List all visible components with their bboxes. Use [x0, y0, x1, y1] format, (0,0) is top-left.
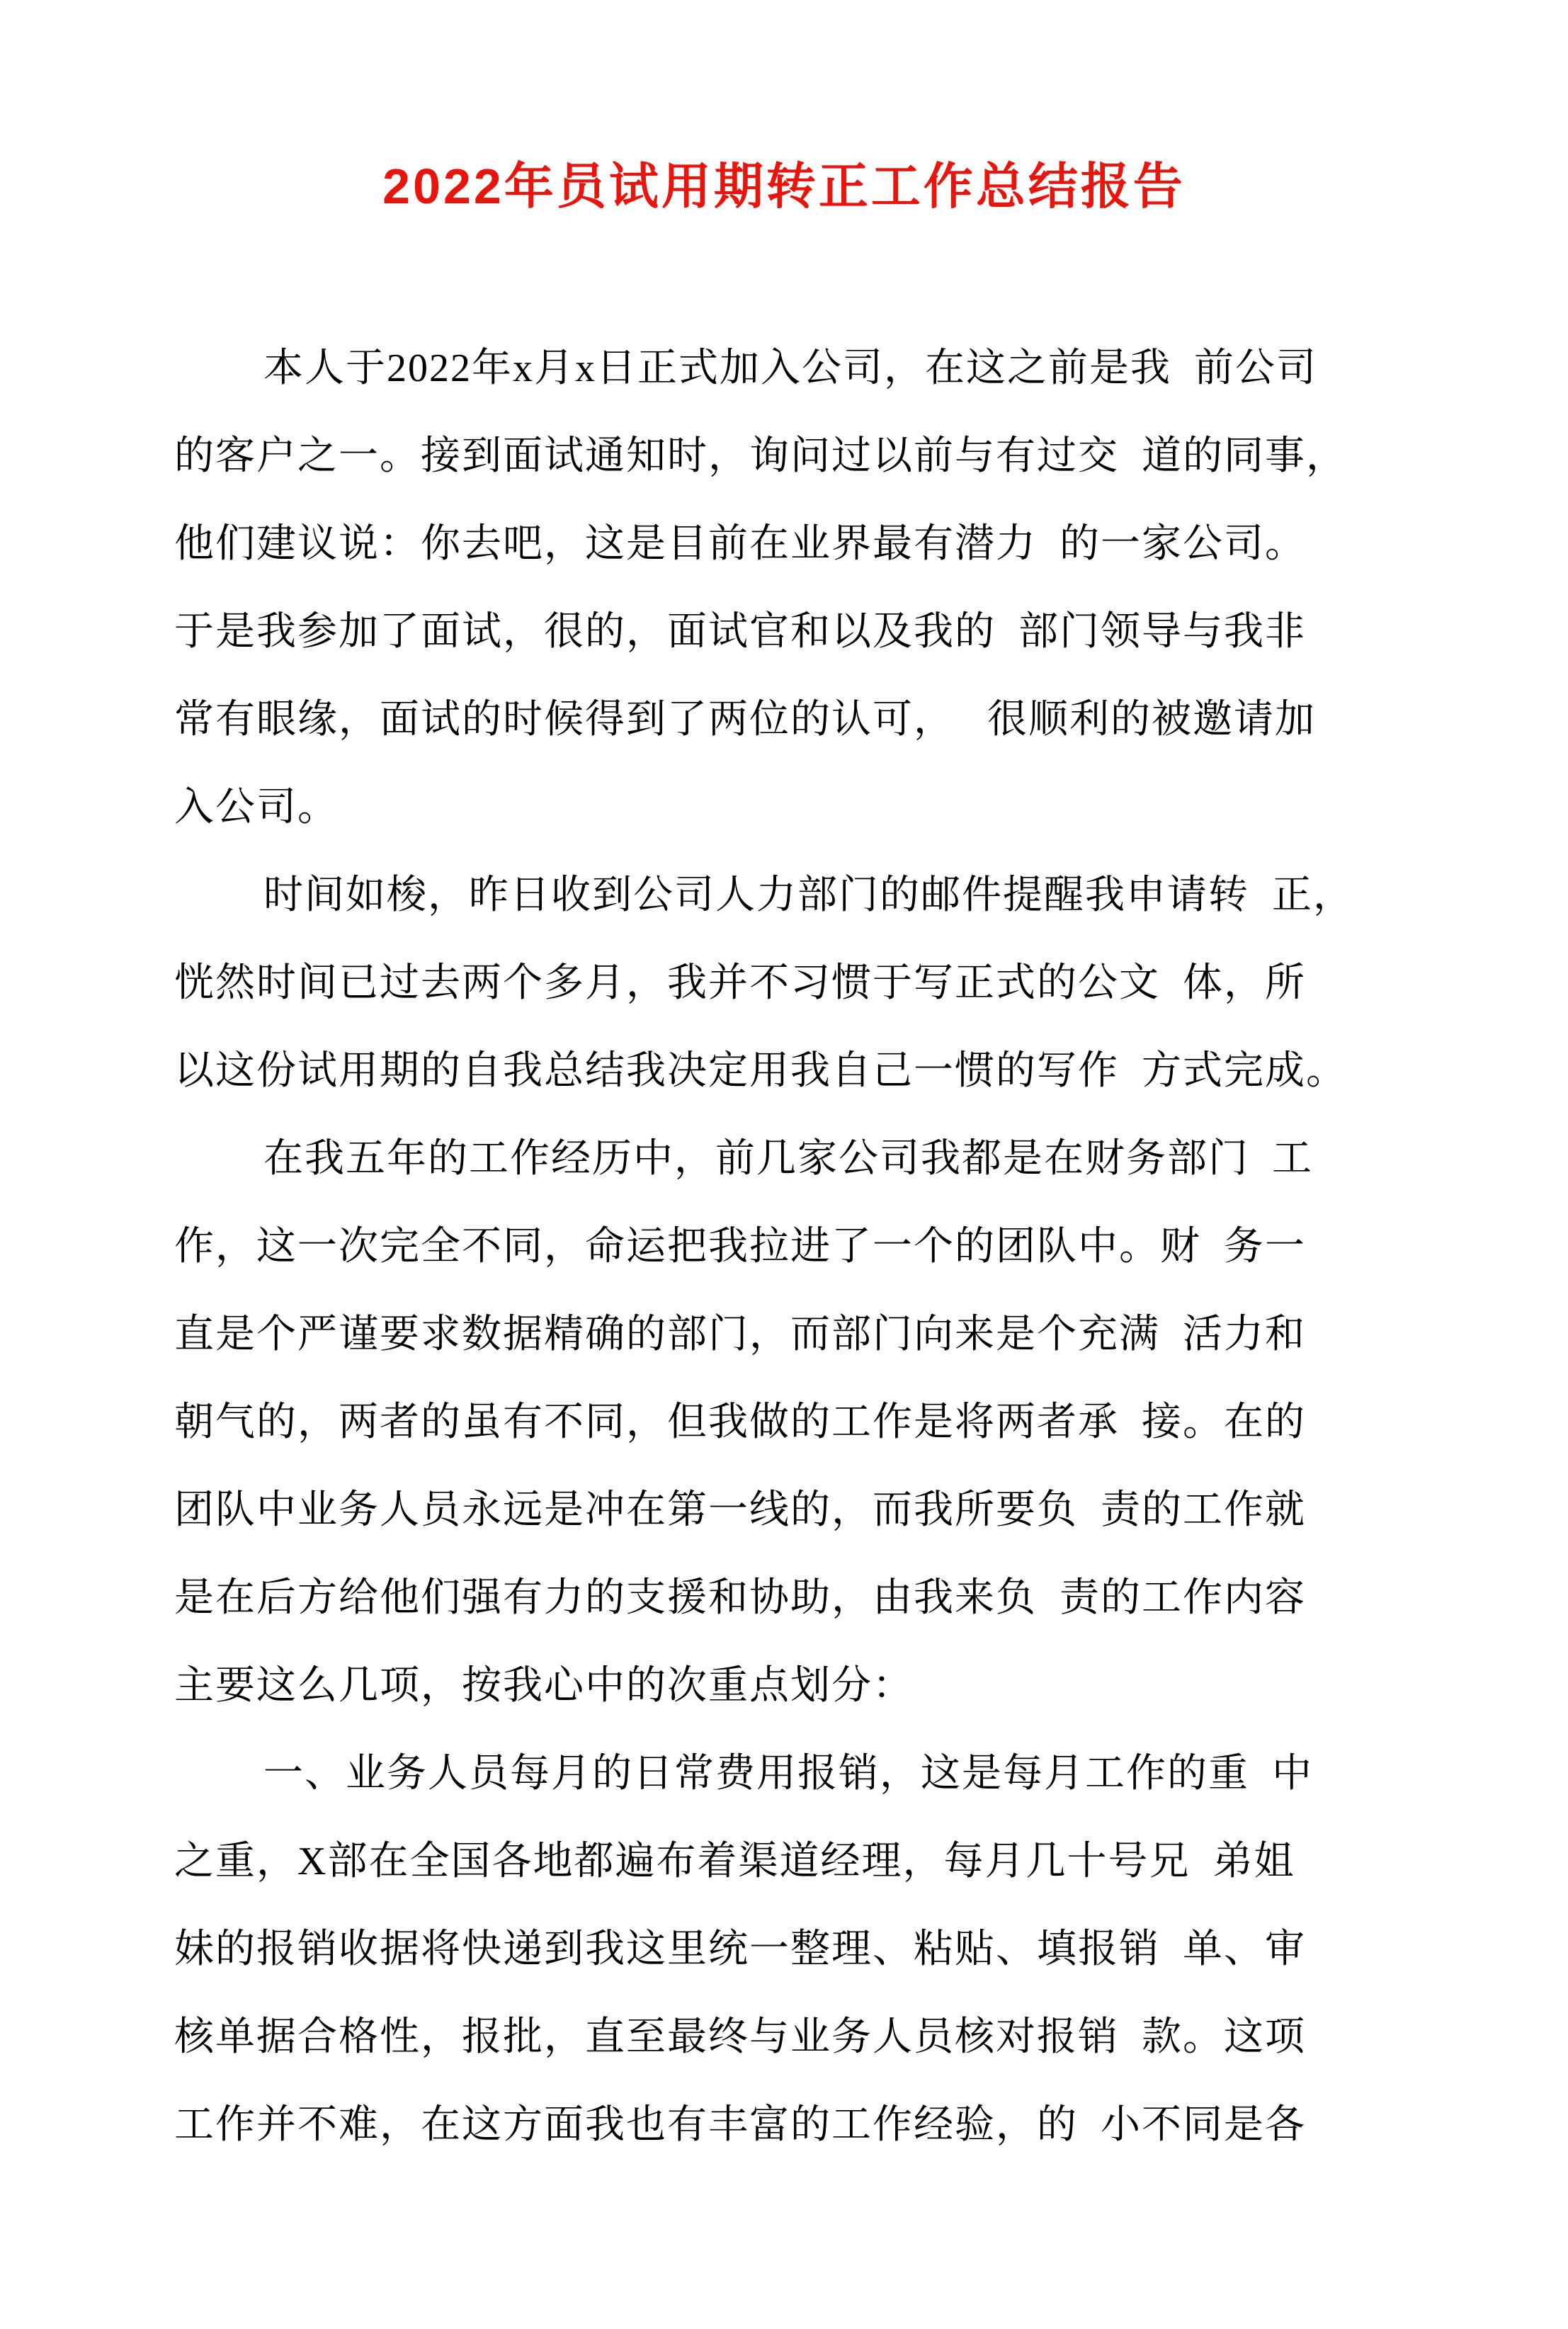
- text-line: 以这份试用期的自我总结我决定用我自己一惯的写作 方式完成。: [174, 1027, 1428, 1115]
- text-line: 主要这么几项，按我心中的次重点划分：: [174, 1642, 1428, 1730]
- text-line: 的客户之一。接到面试通知时，询问过以前与有过交 道的同事，: [174, 412, 1428, 500]
- text-line: 直是个严谨要求数据精确的部门，而部门向来是个充满 活力和: [174, 1291, 1428, 1378]
- text-line: 作，这一次完全不同，命运把我拉进了一个的团队中。财 务一: [174, 1203, 1428, 1291]
- text-line: 之重，X部在全国各地都遍布着渠道经理，每月几十号兄 弟姐: [174, 1818, 1428, 1905]
- text-line: 团队中业务人员永远是冲在第一线的，而我所要负 责的工作就: [174, 1466, 1428, 1554]
- text-line: 工作并不难，在这方面我也有丰富的工作经验，的 小不同是各: [174, 2081, 1428, 2169]
- text-line: 时间如梭，昨日收到公司人力部门的邮件提醒我申请转 正，: [174, 851, 1428, 939]
- text-line: 于是我参加了面试，很的，面试官和以及我的 部门领导与我非: [174, 588, 1428, 676]
- document-body: 本人于2022年x月x日正式加入公司，在这之前是我 前公司的客户之一。接到面试通…: [174, 324, 1428, 2169]
- text-line: 朝气的，两者的虽有不同，但我做的工作是将两者承 接。在的: [174, 1378, 1428, 1466]
- text-line: 核单据合格性，报批，直至最终与业务人员核对报销 款。这项: [174, 1993, 1428, 2081]
- document-title: 2022年员试用期转正工作总结报告: [0, 157, 1568, 215]
- text-line: 恍然时间已过去两个多月，我并不习惯于写正式的公文 体，所: [174, 939, 1428, 1027]
- text-line: 他们建议说：你去吧，这是目前在业界最有潜力 的一家公司。: [174, 500, 1428, 588]
- text-line: 是在后方给他们强有力的支援和协助，由我来负 责的工作内容: [174, 1554, 1428, 1642]
- text-line: 入公司。: [174, 764, 1428, 851]
- text-line: 妹的报销收据将快递到我这里统一整理、粘贴、填报销 单、审: [174, 1905, 1428, 1993]
- text-line: 本人于2022年x月x日正式加入公司，在这之前是我 前公司: [174, 324, 1428, 412]
- document-page: 2022年员试用期转正工作总结报告 本人于2022年x月x日正式加入公司，在这之…: [0, 0, 1568, 2329]
- text-line: 一、业务人员每月的日常费用报销，这是每月工作的重 中: [174, 1730, 1428, 1818]
- text-line: 在我五年的工作经历中，前几家公司我都是在财务部门 工: [174, 1115, 1428, 1203]
- text-line: 常有眼缘，面试的时候得到了两位的认可， 很顺利的被邀请加: [174, 676, 1428, 764]
